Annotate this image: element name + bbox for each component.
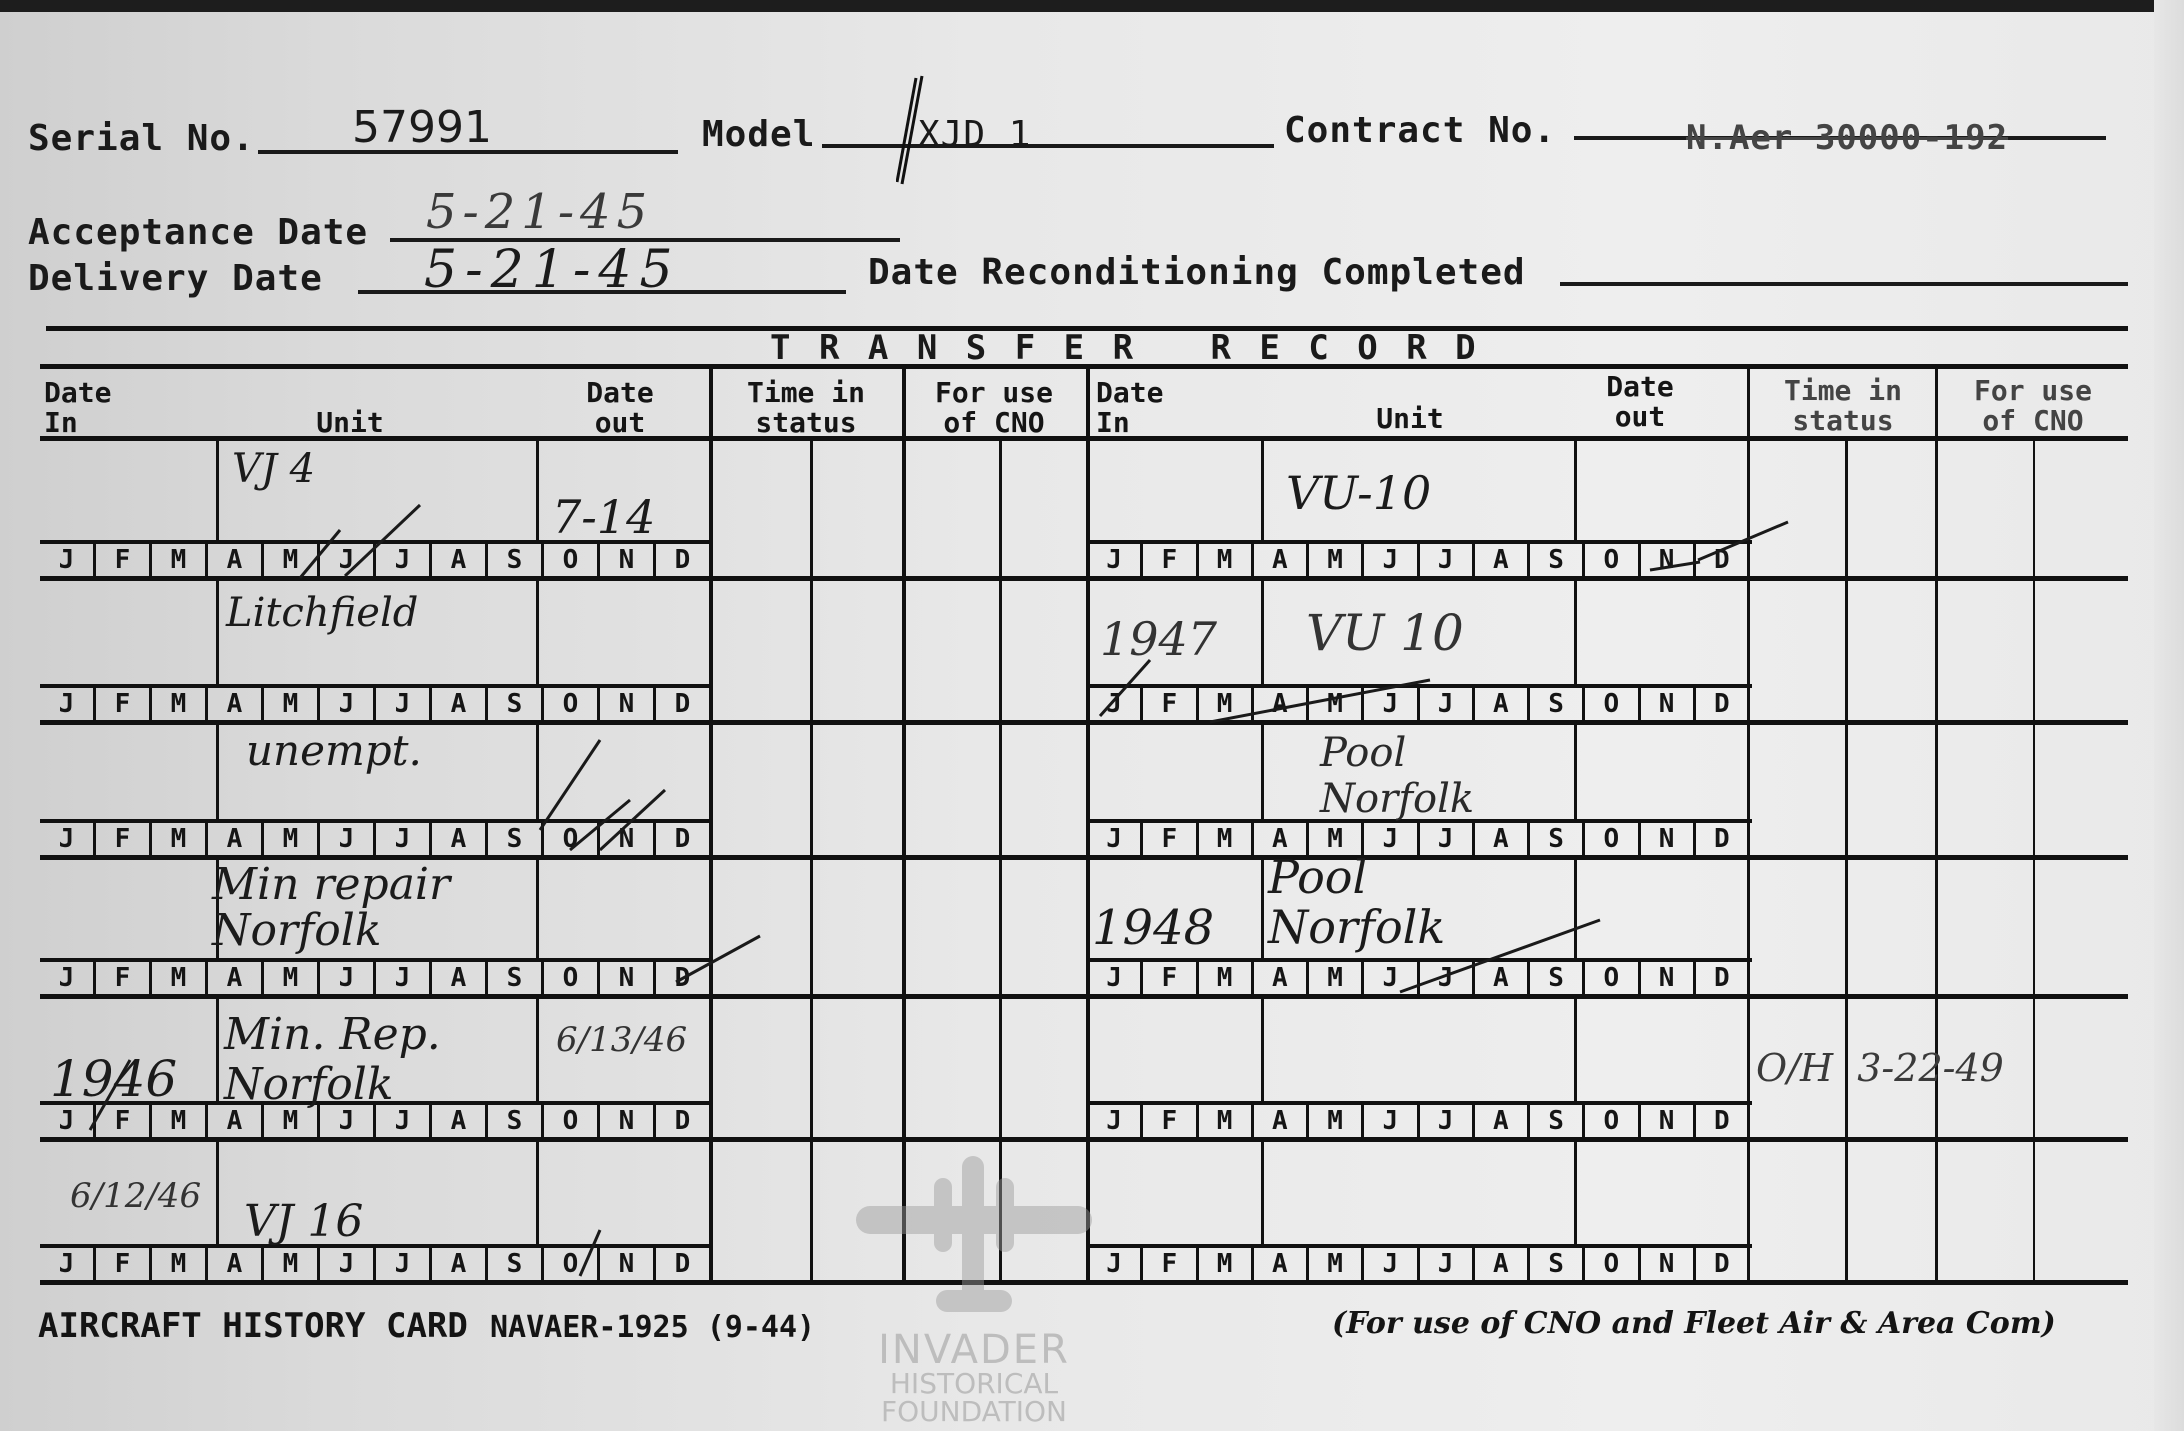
month-cell[interactable]: A (1472, 1247, 1527, 1282)
month-cell[interactable]: J (317, 1247, 373, 1282)
reconditioning-label: Date Reconditioning Completed (868, 252, 1526, 293)
acceptance-value: 5-21-45 (426, 184, 653, 240)
left-row5-date-out: 6/13/46 (556, 1020, 687, 1060)
month-cell[interactable]: S (485, 543, 541, 578)
month-cell[interactable]: J (1361, 1247, 1416, 1282)
divider-cno-sub-right (2033, 438, 2035, 1284)
month-cell[interactable]: D (653, 961, 709, 996)
month-cell[interactable]: O (1582, 687, 1637, 722)
right-row3-divider-unit (1574, 722, 1577, 819)
month-cell[interactable]: A (429, 1247, 485, 1282)
month-cell[interactable]: J (317, 822, 373, 857)
month-cell[interactable]: M (1306, 543, 1361, 578)
col-date-out-right: Date out (1580, 372, 1700, 432)
month-cell[interactable]: N (1638, 543, 1693, 578)
month-cell[interactable]: M (1196, 1247, 1251, 1282)
month-cell[interactable]: O (1582, 1104, 1637, 1139)
watermark-line2: HISTORICAL (856, 1370, 1092, 1398)
right-row2-date-in: 1947 (1100, 612, 1217, 666)
left-row3-divider-datein (216, 722, 219, 819)
month-cell[interactable]: J (317, 543, 373, 578)
left-row3-month-strip: JFMAMJJASOND (40, 822, 709, 857)
month-cell[interactable]: S (1527, 961, 1582, 996)
left-row5-divider-unit (536, 996, 539, 1101)
row2-bottom-rule (40, 720, 2128, 725)
month-cell[interactable]: M (1196, 961, 1251, 996)
month-cell[interactable]: A (429, 961, 485, 996)
month-cell[interactable]: A (1251, 687, 1306, 722)
month-cell[interactable]: S (1527, 687, 1582, 722)
month-cell[interactable]: N (597, 1104, 653, 1139)
serial-value: 57991 (352, 102, 492, 153)
month-cell[interactable]: F (1140, 822, 1195, 857)
right-row3-unit: Pool Norfolk (1320, 730, 1540, 822)
month-cell[interactable]: J (1361, 543, 1416, 578)
month-cell[interactable]: S (1527, 822, 1582, 857)
divider-left-block (709, 366, 713, 1284)
month-cell[interactable]: F (1140, 1104, 1195, 1139)
scan-right-edge (2154, 0, 2184, 1431)
month-cell[interactable]: N (1638, 961, 1693, 996)
month-cell[interactable]: A (1472, 543, 1527, 578)
month-cell[interactable]: M (261, 822, 317, 857)
left-row1-date-out: 7-14 (552, 490, 655, 544)
month-cell[interactable]: J (1417, 1104, 1472, 1139)
delivery-value: 5-21-45 (424, 240, 681, 300)
col-date-in-right: Date In (1096, 378, 1156, 438)
divider-cno-left (902, 366, 906, 1284)
month-cell[interactable]: J (1417, 961, 1472, 996)
month-cell[interactable]: J (373, 543, 429, 578)
col-unit-right: Unit (1360, 404, 1460, 434)
col-time-in-status-left: Time in status (712, 378, 900, 438)
month-cell[interactable]: J (1088, 822, 1140, 857)
month-cell[interactable]: M (1196, 687, 1251, 722)
month-cell[interactable]: M (1306, 687, 1361, 722)
month-cell[interactable]: J (1417, 1247, 1472, 1282)
month-cell[interactable]: J (373, 961, 429, 996)
left-row2-month-strip: JFMAMJJASOND (40, 687, 709, 722)
month-cell[interactable]: M (1196, 822, 1251, 857)
month-cell[interactable]: O (541, 822, 597, 857)
month-cell[interactable]: S (1527, 1247, 1582, 1282)
serial-label: Serial No. (28, 118, 255, 159)
right-row5-month-strip: JFMAMJJASOND (1088, 1104, 1748, 1139)
card-title: AIRCRAFT HISTORY CARD (38, 1306, 468, 1346)
month-cell[interactable]: D (653, 687, 709, 722)
month-cell[interactable]: A (205, 687, 261, 722)
month-cell[interactable]: M (261, 1247, 317, 1282)
right-row4-divider-datein (1261, 857, 1264, 958)
month-cell[interactable]: N (597, 687, 653, 722)
right-row5-divider-datein (1261, 996, 1264, 1101)
month-cell[interactable]: F (1140, 961, 1195, 996)
month-cell[interactable]: A (205, 961, 261, 996)
month-cell[interactable]: F (93, 1104, 149, 1139)
month-cell[interactable]: J (1361, 1104, 1416, 1139)
month-cell[interactable]: J (40, 1247, 93, 1282)
right-row1-divider-unit (1574, 440, 1577, 540)
left-row5-date-in: 1946 (50, 1050, 177, 1108)
reconditioning-underline (1560, 282, 2128, 286)
right-row4-month-strip: JFMAMJJASOND (1088, 961, 1748, 996)
left-row6-divider-datein (216, 1139, 219, 1244)
col-date-out-left: Date out (560, 378, 680, 438)
month-cell[interactable]: O (541, 687, 597, 722)
acceptance-label: Acceptance Date (28, 212, 368, 253)
col-for-use-cno-left: For use of CNO (904, 378, 1084, 438)
month-cell[interactable]: D (653, 1104, 709, 1139)
month-cell[interactable]: D (653, 822, 709, 857)
left-row5-divider-datein (216, 996, 219, 1101)
month-cell[interactable]: D (653, 1247, 709, 1282)
month-cell[interactable]: J (1088, 687, 1140, 722)
month-cell[interactable]: J (1088, 961, 1140, 996)
right-row4-divider-unit (1574, 857, 1577, 958)
right-row2-divider-datein (1261, 578, 1264, 684)
scan-top-edge (0, 0, 2184, 12)
month-cell[interactable]: N (597, 822, 653, 857)
title-bottom-rule (40, 364, 2128, 369)
left-row4-month-strip: JFMAMJJASOND (40, 961, 709, 996)
month-cell[interactable]: M (149, 961, 205, 996)
month-cell[interactable]: O (1582, 961, 1637, 996)
month-cell[interactable]: F (1140, 687, 1195, 722)
month-cell[interactable]: S (485, 1247, 541, 1282)
month-cell[interactable]: F (93, 822, 149, 857)
month-cell[interactable]: J (1361, 687, 1416, 722)
left-row6-month-strip: JFMAMJJASOND (40, 1247, 709, 1282)
model-label: Model (702, 114, 815, 155)
aircraft-history-card: Serial No. 57991 Model XJD 1 Contract No… (0, 0, 2184, 1431)
right-row5-divider-unit (1574, 996, 1577, 1101)
month-cell[interactable]: O (1582, 1247, 1637, 1282)
month-cell[interactable]: F (93, 961, 149, 996)
month-cell[interactable]: N (597, 543, 653, 578)
usage-note: (For use of CNO and Fleet Air & Area Com… (1332, 1306, 2056, 1341)
right-row1-unit: VU-10 (1286, 466, 1431, 520)
month-cell[interactable]: A (429, 543, 485, 578)
month-cell[interactable]: S (485, 822, 541, 857)
month-cell[interactable]: M (1196, 1104, 1251, 1139)
right-row4-unit: Pool Norfolk (1268, 852, 1508, 952)
model-value: XJD 1 (918, 114, 1031, 155)
month-cell[interactable]: M (261, 961, 317, 996)
left-row6-unit: VJ 16 (244, 1196, 363, 1247)
month-cell[interactable]: J (40, 687, 93, 722)
row1-bottom-rule (40, 576, 2128, 581)
month-cell[interactable]: D (1693, 687, 1748, 722)
watermark: INVADER HISTORICAL FOUNDATION (856, 1330, 1092, 1426)
col-unit-left: Unit (300, 408, 400, 438)
watermark-line3: FOUNDATION (856, 1398, 1092, 1426)
month-cell[interactable]: M (1306, 1104, 1361, 1139)
left-row1-divider-datein (216, 440, 219, 540)
month-cell[interactable]: M (149, 687, 205, 722)
month-cell[interactable]: J (40, 822, 93, 857)
left-row1-divider-unit (536, 440, 539, 540)
right-row2-unit: VU 10 (1306, 604, 1464, 662)
right-row1-month-strip: JFMAMJJASOND (1088, 543, 1748, 578)
left-row3-unit: unempt. (246, 726, 422, 775)
month-cell[interactable]: F (93, 543, 149, 578)
month-cell[interactable]: O (541, 1247, 597, 1282)
divider-time-sub-right (1845, 438, 1848, 1284)
month-cell[interactable]: D (1693, 1247, 1748, 1282)
left-row3-divider-unit (536, 722, 539, 819)
left-row6-divider-unit (536, 1139, 539, 1244)
month-cell[interactable]: J (373, 1247, 429, 1282)
col-date-in-left: Date In (44, 378, 104, 438)
col-time-in-status-right: Time in status (1750, 376, 1936, 436)
month-cell[interactable]: O (1582, 822, 1637, 857)
month-cell[interactable]: F (1140, 1247, 1195, 1282)
model-underline (822, 144, 1274, 148)
month-cell[interactable]: A (1472, 1104, 1527, 1139)
month-cell[interactable]: A (1251, 1247, 1306, 1282)
right-row2-divider-unit (1574, 578, 1577, 684)
divider-time-sub-left (810, 438, 813, 1284)
month-cell[interactable]: M (149, 543, 205, 578)
month-cell[interactable]: F (93, 1247, 149, 1282)
month-cell[interactable]: A (429, 687, 485, 722)
month-cell[interactable]: J (1361, 961, 1416, 996)
airplane-icon (856, 1156, 1092, 1326)
month-cell[interactable]: N (597, 961, 653, 996)
month-cell[interactable]: O (541, 543, 597, 578)
divider-cno-right (1935, 366, 1938, 1284)
month-cell[interactable]: M (149, 822, 205, 857)
month-cell[interactable]: A (1251, 1104, 1306, 1139)
contract-label: Contract No. (1284, 110, 1556, 151)
right-row2-month-strip: JFMAMJJASOND (1088, 687, 1748, 722)
contract-value: N.Aer 30000-192 (1686, 118, 2008, 158)
month-cell[interactable]: J (1088, 1104, 1140, 1139)
left-row6-date-in: 6/12/46 (70, 1176, 201, 1216)
month-cell[interactable]: M (261, 687, 317, 722)
right-row1-divider-datein (1261, 440, 1264, 540)
right-row3-divider-datein (1261, 722, 1264, 819)
month-cell[interactable]: A (205, 822, 261, 857)
month-cell[interactable]: J (1088, 543, 1140, 578)
row5-bottom-rule (40, 1137, 2128, 1142)
right-row4-date-in: 1948 (1092, 900, 1214, 956)
col-for-use-cno-right: For use of CNO (1938, 376, 2128, 436)
left-row2-unit: Litchfield (226, 590, 418, 636)
right-row6-divider-datein (1261, 1139, 1264, 1244)
right-row5-status-note: O/H 3-22-49 (1756, 1046, 2004, 1090)
month-cell[interactable]: A (1251, 961, 1306, 996)
month-cell[interactable]: A (205, 1247, 261, 1282)
month-cell[interactable]: N (597, 1247, 653, 1282)
month-cell[interactable]: J (40, 1104, 93, 1139)
month-cell[interactable]: A (205, 543, 261, 578)
month-cell[interactable]: S (485, 961, 541, 996)
month-cell[interactable]: A (1472, 961, 1527, 996)
header-bottom-rule (40, 436, 2128, 441)
month-cell[interactable]: A (1251, 543, 1306, 578)
watermark-line1: INVADER (856, 1330, 1092, 1370)
month-cell[interactable]: M (1306, 1247, 1361, 1282)
transfer-record-title: T R A N S F E R R E C O R D (770, 328, 1480, 368)
row4-bottom-rule (40, 994, 2128, 999)
delivery-label: Delivery Date (28, 258, 323, 299)
month-cell[interactable]: J (373, 822, 429, 857)
month-cell[interactable]: M (1306, 961, 1361, 996)
form-number: NAVAER-1925 (9-44) (490, 1310, 815, 1345)
month-cell[interactable]: A (1472, 687, 1527, 722)
left-row2-divider-unit (536, 578, 539, 684)
month-cell[interactable]: J (1417, 687, 1472, 722)
month-cell[interactable]: A (429, 822, 485, 857)
month-cell[interactable]: D (1693, 961, 1748, 996)
month-cell[interactable]: O (541, 961, 597, 996)
month-cell[interactable]: J (373, 687, 429, 722)
month-cell[interactable]: M (261, 543, 317, 578)
left-row5-unit: Min. Rep. Norfolk (224, 1010, 524, 1110)
left-row2-divider-datein (216, 578, 219, 684)
month-cell[interactable]: J (1088, 1247, 1140, 1282)
month-cell[interactable]: N (1638, 1247, 1693, 1282)
month-cell[interactable]: N (1638, 1104, 1693, 1139)
month-cell[interactable]: D (1693, 822, 1748, 857)
month-cell[interactable]: M (1196, 543, 1251, 578)
month-cell[interactable]: S (1527, 543, 1582, 578)
month-cell[interactable]: J (40, 543, 93, 578)
month-cell[interactable]: O (541, 1104, 597, 1139)
left-row1-month-strip: JFMAMJJASOND (40, 543, 709, 578)
month-cell[interactable]: O (1582, 543, 1637, 578)
month-cell[interactable]: D (653, 543, 709, 578)
month-cell[interactable]: J (40, 961, 93, 996)
month-cell[interactable]: F (93, 687, 149, 722)
model-strike-mark (896, 74, 926, 186)
month-cell[interactable]: N (1638, 687, 1693, 722)
month-cell[interactable]: D (1693, 1104, 1748, 1139)
left-row1-unit: VJ 4 (232, 446, 315, 492)
month-cell[interactable]: F (1140, 543, 1195, 578)
month-cell[interactable]: N (1638, 822, 1693, 857)
month-cell[interactable]: J (317, 687, 373, 722)
left-row4-unit: Min repair Norfolk (212, 862, 538, 954)
right-row6-divider-unit (1574, 1139, 1577, 1244)
month-cell[interactable]: J (1417, 543, 1472, 578)
month-cell[interactable]: M (149, 1104, 205, 1139)
month-cell[interactable]: D (1693, 543, 1748, 578)
month-cell[interactable]: S (1527, 1104, 1582, 1139)
month-cell[interactable]: S (485, 687, 541, 722)
month-cell[interactable]: M (149, 1247, 205, 1282)
month-cell[interactable]: J (317, 961, 373, 996)
right-row6-month-strip: JFMAMJJASOND (1088, 1247, 1748, 1282)
